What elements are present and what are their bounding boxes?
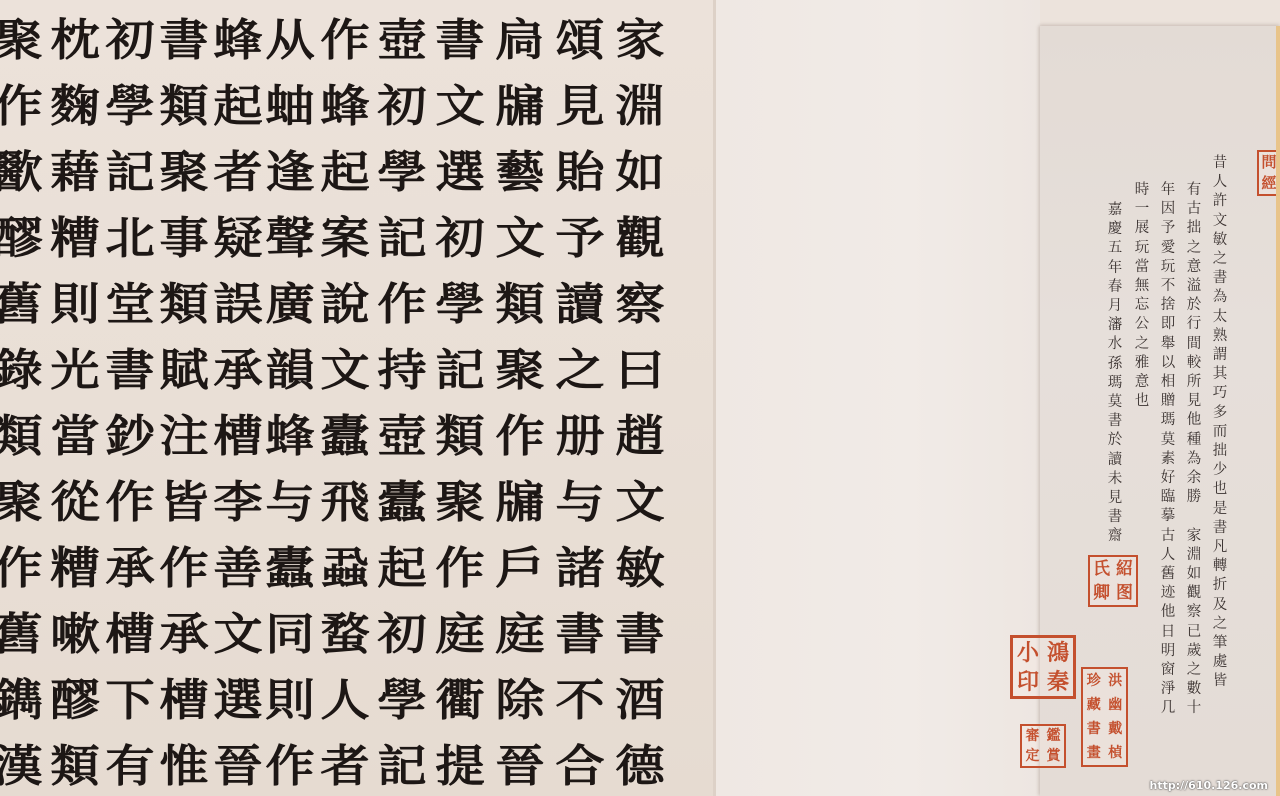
colophon-character: 所 [1185, 373, 1203, 392]
colophon-character: 意 [1185, 258, 1203, 277]
character: 文 [426, 74, 493, 140]
colophon-character: 未 [1106, 470, 1124, 489]
character: 文 [606, 470, 673, 536]
colophon-column-5: 嘉慶五年春月瀋水孫瑪莫書於讀未見書齋 [1106, 201, 1124, 547]
colophon-character: 於 [1106, 431, 1124, 450]
colophon-column-2: 有古拙之意溢於行間較所見他種為余勝 家淵如觀察已歲之數十 [1185, 181, 1203, 719]
colophon-character: 當 [1133, 258, 1151, 277]
colophon-character: 為 [1211, 288, 1229, 307]
seal-glyph: 賞 [1047, 749, 1061, 763]
colophon-character: 文 [1211, 212, 1229, 231]
colophon-character: 忘 [1133, 296, 1151, 315]
colophon-character: 五 [1106, 239, 1124, 258]
colophon-character: 舉 [1159, 335, 1177, 354]
colophon-character: 觀 [1185, 584, 1203, 603]
colophon-character: 因 [1159, 200, 1177, 219]
colophon-character: 昔 [1211, 154, 1229, 173]
colophon-character: 古 [1159, 527, 1177, 546]
character: 作 [426, 536, 493, 602]
colophon-character: 年 [1159, 181, 1177, 200]
colophon-character: 愛 [1159, 239, 1177, 258]
colophon-panel: 昔人許文敏之書為太熟謂其巧多而拙少也是書凡轉折及之筆處皆 有古拙之意溢於行間較所… [1040, 26, 1280, 796]
colophon-column-1: 昔人許文敏之書為太熟謂其巧多而拙少也是書凡轉折及之筆處皆 [1211, 154, 1229, 692]
colophon-character: 許 [1211, 192, 1229, 211]
colophon-character: 予 [1159, 219, 1177, 238]
colophon-character: 春 [1106, 278, 1124, 297]
character: 如 [606, 140, 673, 206]
character: 册 [546, 404, 613, 470]
colophon-character: 也 [1211, 480, 1229, 499]
colophon-character: 余 [1185, 469, 1203, 488]
colophon-character: 摹 [1159, 507, 1177, 526]
colophon-character: 舊 [1159, 565, 1177, 584]
colophon-character: 為 [1185, 450, 1203, 469]
colophon-character: 一 [1133, 200, 1151, 219]
seal-glyph: 氏 [1093, 561, 1110, 578]
colophon-character: 嘉 [1106, 201, 1124, 220]
colophon-character: 拙 [1211, 442, 1229, 461]
character: 作 [0, 536, 52, 602]
character: 德 [606, 734, 673, 796]
character: 漢 [0, 734, 52, 796]
colophon-character: 之 [1185, 239, 1203, 258]
colophon-character: 於 [1185, 296, 1203, 315]
character: 觀 [606, 206, 673, 272]
colophon-character: 而 [1211, 423, 1229, 442]
character: 与 [546, 470, 613, 536]
colophon-character: 他 [1159, 603, 1177, 622]
character: 錄 [0, 338, 52, 404]
colophon-character: 書 [1211, 519, 1229, 538]
character: 牖 [486, 74, 553, 140]
seal-glyph: 定 [1026, 749, 1040, 763]
colophon-character: 巧 [1211, 384, 1229, 403]
colophon-character: 十 [1185, 699, 1203, 718]
main-calligraphy-panel: 家淵如觀察曰趙文敏書酒德 頌見貽予讀之册与諸書不合 扃牖藝文類聚作牖戶庭除晉 書… [0, 0, 716, 796]
colophon-character: 淵 [1185, 546, 1203, 565]
colophon-character: 書 [1211, 269, 1229, 288]
colophon-character: 莫 [1159, 431, 1177, 450]
character: 庭 [426, 602, 493, 668]
character: 聚 [486, 338, 553, 404]
colophon-character: 他 [1185, 411, 1203, 430]
seal-glyph: 經 [1261, 176, 1276, 191]
colophon-character: 日 [1159, 623, 1177, 642]
character: 聚 [0, 8, 52, 74]
character: 酒 [606, 668, 673, 734]
colophon-character: 多 [1211, 404, 1229, 423]
colophon-character: 水 [1106, 335, 1124, 354]
colophon-character: 之 [1211, 250, 1229, 269]
seal-glyph: 鑑 [1047, 729, 1061, 743]
colophon-character: 見 [1185, 392, 1203, 411]
colophon-character: 几 [1159, 699, 1177, 718]
seal-signature: 氏 紹 卿 图 [1088, 555, 1138, 607]
colophon-character: 書 [1106, 508, 1124, 527]
text-column-12: 聚作歠醪舊錄類聚作舊鐫漢 [0, 8, 48, 796]
colophon-character: 好 [1159, 469, 1177, 488]
colophon-character: 月 [1106, 297, 1124, 316]
colophon-character: 齋 [1106, 527, 1124, 546]
character: 記 [426, 338, 493, 404]
colophon-character: 折 [1211, 576, 1229, 595]
character: 歠 [0, 140, 52, 206]
character: 讀 [546, 272, 613, 338]
character: 類 [426, 404, 493, 470]
colophon-character: 種 [1185, 431, 1203, 450]
seal-glyph: 藏 [1087, 698, 1101, 712]
colophon-character: 即 [1159, 315, 1177, 334]
colophon-character: 熟 [1211, 327, 1229, 346]
character: 敏 [606, 536, 673, 602]
colophon-character: 相 [1159, 373, 1177, 392]
colophon-character: 處 [1211, 653, 1229, 672]
character: 學 [426, 272, 493, 338]
character: 類 [486, 272, 553, 338]
character: 趙 [606, 404, 673, 470]
character: 戶 [486, 536, 553, 602]
colophon-character: 見 [1106, 489, 1124, 508]
colophon-character: 捨 [1159, 296, 1177, 315]
colophon-character: 行 [1185, 315, 1203, 334]
text-column-4: 書文選初學記類聚作庭衢提 [430, 8, 490, 796]
character: 察 [606, 272, 673, 338]
text-column-10: 初學記北堂書鈔作承槽下有 [100, 8, 160, 796]
character: 予 [546, 206, 613, 272]
seal-glyph: 卿 [1093, 585, 1110, 602]
seal-glyph: 楨 [1108, 746, 1122, 760]
character: 書 [426, 8, 493, 74]
character: 類 [0, 404, 52, 470]
colophon-character: 公 [1133, 315, 1151, 334]
colophon-column-3: 年因予愛玩不捨即舉以相贈瑪莫素好臨摹古人舊迹他日明窗淨几 [1159, 181, 1177, 719]
colophon-character: 無 [1133, 277, 1151, 296]
website-watermark: http://610.126.com [1150, 779, 1268, 792]
colophon-character: 窗 [1159, 661, 1177, 680]
seal-glyph: 問 [1261, 155, 1276, 170]
seal-glyph: 戴 [1108, 722, 1122, 736]
seal-glyph: 紹 [1116, 561, 1133, 578]
character: 書 [606, 602, 673, 668]
colophon-character: 時 [1133, 181, 1151, 200]
colophon-character: 之 [1133, 335, 1151, 354]
colophon-character: 凡 [1211, 538, 1229, 557]
colophon-character: 已 [1185, 623, 1203, 642]
seal-glyph: 畫 [1087, 746, 1101, 760]
seal-glyph: 珍 [1087, 674, 1101, 688]
colophon-character: 敏 [1211, 231, 1229, 250]
character: 家 [606, 8, 673, 74]
colophon-character: 年 [1106, 259, 1124, 278]
colophon-character: 人 [1211, 173, 1229, 192]
character: 初 [426, 206, 493, 272]
character: 舊 [0, 602, 52, 668]
colophon-character: 古 [1185, 200, 1203, 219]
colophon-character: 也 [1133, 392, 1151, 411]
colophon-character: 迹 [1159, 584, 1177, 603]
colophon-character: 數 [1185, 680, 1203, 699]
character: 文 [486, 206, 553, 272]
colophon-character: 展 [1133, 219, 1151, 238]
colophon-character: 溢 [1185, 277, 1203, 296]
colophon-column-4: 時一展玩當無忘公之雅意也 [1133, 181, 1151, 411]
colophon-character: 明 [1159, 642, 1177, 661]
seal-glyph: 印 [1017, 671, 1039, 693]
character: 鐫 [0, 668, 52, 734]
colophon-character: 筆 [1211, 634, 1229, 653]
seal-small-bottom: 審 鑑 定 賞 [1020, 724, 1066, 768]
character: 聚 [0, 470, 52, 536]
character: 不 [546, 668, 613, 734]
character: 曰 [606, 338, 673, 404]
character: 貽 [546, 140, 613, 206]
colophon-character: 淨 [1159, 680, 1177, 699]
colophon-character: 察 [1185, 603, 1203, 622]
colophon-character: 是 [1211, 500, 1229, 519]
colophon-character: 其 [1211, 365, 1229, 384]
colophon-character: 玩 [1133, 239, 1151, 258]
character: 聚 [426, 470, 493, 536]
character: 作 [486, 404, 553, 470]
colophon-character: 之 [1211, 615, 1229, 634]
character: 舊 [0, 272, 52, 338]
seal-top-right: 問 經 [1257, 150, 1280, 196]
character: 庭 [486, 602, 553, 668]
colophon-character: 皆 [1211, 672, 1229, 691]
colophon-character: 意 [1133, 373, 1151, 392]
colophon-character [1185, 507, 1203, 526]
character: 合 [546, 734, 613, 796]
colophon-character: 雅 [1133, 354, 1151, 373]
colophon-character: 如 [1185, 565, 1203, 584]
colophon-character: 莫 [1106, 393, 1124, 412]
colophon-character: 玩 [1159, 258, 1177, 277]
blank-paper-separator [716, 0, 1040, 796]
text-column-1: 家淵如觀察曰趙文敏書酒德 [610, 8, 670, 796]
colophon-character: 孫 [1106, 355, 1124, 374]
seal-glyph: 幽 [1108, 698, 1122, 712]
text-column-6: 作蜂起案說文蠹飛蝨蝥人者 [315, 8, 375, 796]
character: 扃 [486, 8, 553, 74]
character: 選 [426, 140, 493, 206]
character: 淵 [606, 74, 673, 140]
character: 見 [546, 74, 613, 140]
seal-glyph: 審 [1026, 729, 1040, 743]
character: 藝 [486, 140, 553, 206]
colophon-character: 素 [1159, 450, 1177, 469]
colophon-character: 慶 [1106, 220, 1124, 239]
colophon-character: 瀋 [1106, 316, 1124, 335]
colophon-character: 勝 [1185, 488, 1203, 507]
seal-glyph: 洪 [1108, 674, 1122, 688]
calligraphy-handscroll: 家淵如觀察曰趙文敏書酒德 頌見貽予讀之册与諸書不合 扃牖藝文類聚作牖戶庭除晉 書… [0, 0, 1280, 796]
seal-glyph: 秦 [1047, 671, 1069, 693]
colophon-character: 書 [1106, 412, 1124, 431]
character: 牖 [486, 470, 553, 536]
character: 頌 [546, 8, 613, 74]
character: 諸 [546, 536, 613, 602]
colophon-character: 轉 [1211, 557, 1229, 576]
text-column-11: 枕麴藉糟則光當從糟嗽醪類 [45, 8, 105, 796]
character: 衢 [426, 668, 493, 734]
colophon-character: 家 [1185, 527, 1203, 546]
colophon-character: 贈 [1159, 392, 1177, 411]
colophon-character: 太 [1211, 308, 1229, 327]
seal-glyph: 小 [1017, 642, 1039, 664]
colophon-character: 少 [1211, 461, 1229, 480]
colophon-character: 臨 [1159, 488, 1177, 507]
text-column-5: 壺初學記作持壺蠹起初學記 [372, 8, 432, 796]
colophon-character: 不 [1159, 277, 1177, 296]
character: 作 [0, 74, 52, 140]
colophon-character: 以 [1159, 354, 1177, 373]
colophon-character: 間 [1185, 335, 1203, 354]
colophon-character: 之 [1185, 661, 1203, 680]
seal-glyph: 鴻 [1047, 642, 1069, 664]
seal-large-left: 小 鴻 印 秦 [1010, 635, 1076, 699]
colophon-character: 及 [1211, 596, 1229, 615]
text-column-2: 頌見貽予讀之册与諸書不合 [550, 8, 610, 796]
colophon-character: 讀 [1106, 451, 1124, 470]
colophon-character: 拙 [1185, 219, 1203, 238]
character: 提 [426, 734, 493, 796]
colophon-character: 瑪 [1159, 411, 1177, 430]
seal-glyph: 图 [1116, 585, 1133, 602]
character: 除 [486, 668, 553, 734]
seal-glyph: 書 [1087, 722, 1101, 736]
colophon-character: 瑪 [1106, 374, 1124, 393]
colophon-character: 歲 [1185, 642, 1203, 661]
colophon-character: 謂 [1211, 346, 1229, 365]
character: 晉 [486, 734, 553, 796]
colophon-character: 人 [1159, 546, 1177, 565]
character: 之 [546, 338, 613, 404]
character: 書 [546, 602, 613, 668]
colophon-character: 有 [1185, 181, 1203, 200]
text-column-3: 扃牖藝文類聚作牖戶庭除晉 [490, 8, 550, 796]
character: 醪 [0, 206, 52, 272]
seal-tall: 珍 洪 藏 幽 書 戴 畫 楨 [1081, 667, 1128, 767]
colophon-character: 較 [1185, 354, 1203, 373]
